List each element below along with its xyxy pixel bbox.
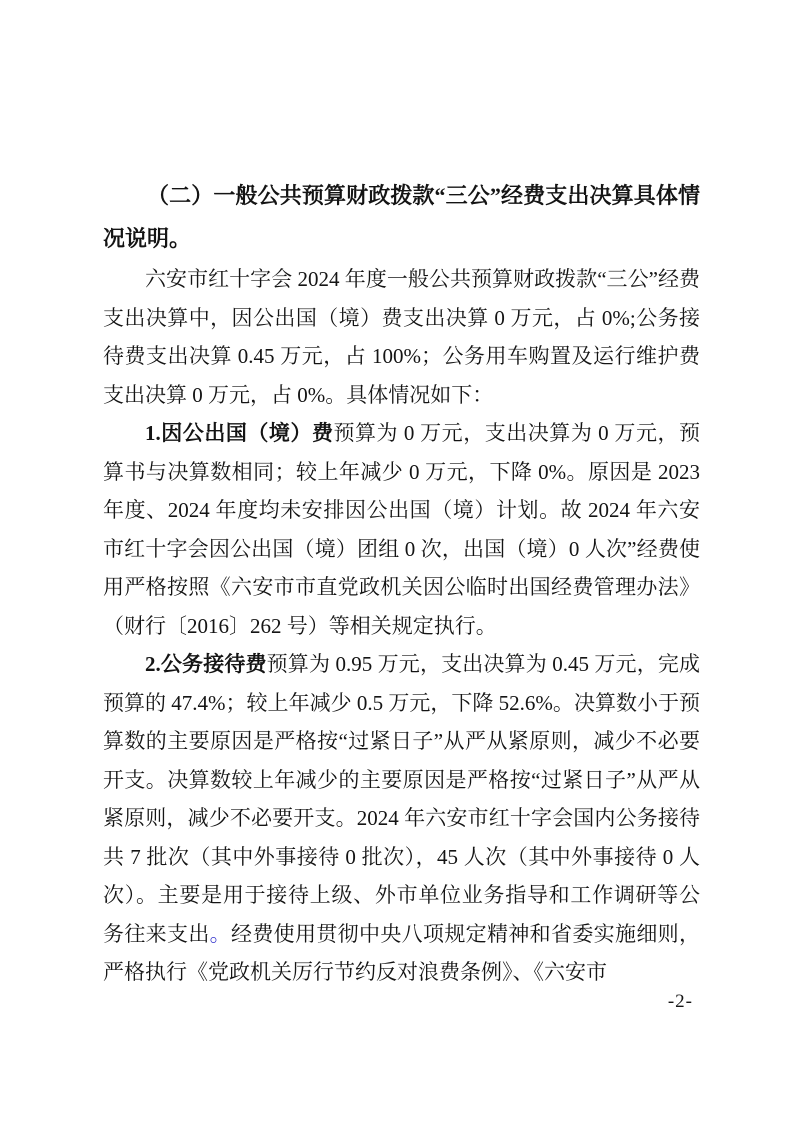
document-page: （二）一般公共预算财政拨款“三公”经费支出决算具体情况说明。 六安市红十字会 2… bbox=[0, 0, 793, 1122]
text-run: 预算为 0 万元，支出决算为 0 万元，预算书与决算数相同；较上年减少 0 万元… bbox=[103, 421, 700, 638]
text-run-blue-punctuation: 。 bbox=[210, 922, 231, 946]
page-number: -2- bbox=[668, 990, 693, 1014]
paragraph-item-1-overseas-travel: 1.因公出国（境）费预算为 0 万元，支出决算为 0 万元，预算书与决算数相同；… bbox=[103, 414, 700, 645]
text-run: 预算为 0.95 万元，支出决算为 0.45 万元，完成预算的 47.4%；较上… bbox=[103, 652, 700, 946]
section-heading: （二）一般公共预算财政拨款“三公”经费支出决算具体情况说明。 bbox=[103, 174, 700, 260]
paragraph-item-2-official-reception: 2.公务接待费预算为 0.95 万元，支出决算为 0.45 万元，完成预算的 4… bbox=[103, 645, 700, 992]
text-run: 六安市红十字会 2024 年度一般公共预算财政拨款“三公”经费支出决算中，因公出… bbox=[103, 267, 700, 407]
paragraph-summary: 六安市红十字会 2024 年度一般公共预算财政拨款“三公”经费支出决算中，因公出… bbox=[103, 260, 700, 414]
text-run-bold-lead: 2.公务接待费 bbox=[145, 652, 267, 676]
text-run-bold-lead: 1.因公出国（境）费 bbox=[145, 421, 334, 445]
